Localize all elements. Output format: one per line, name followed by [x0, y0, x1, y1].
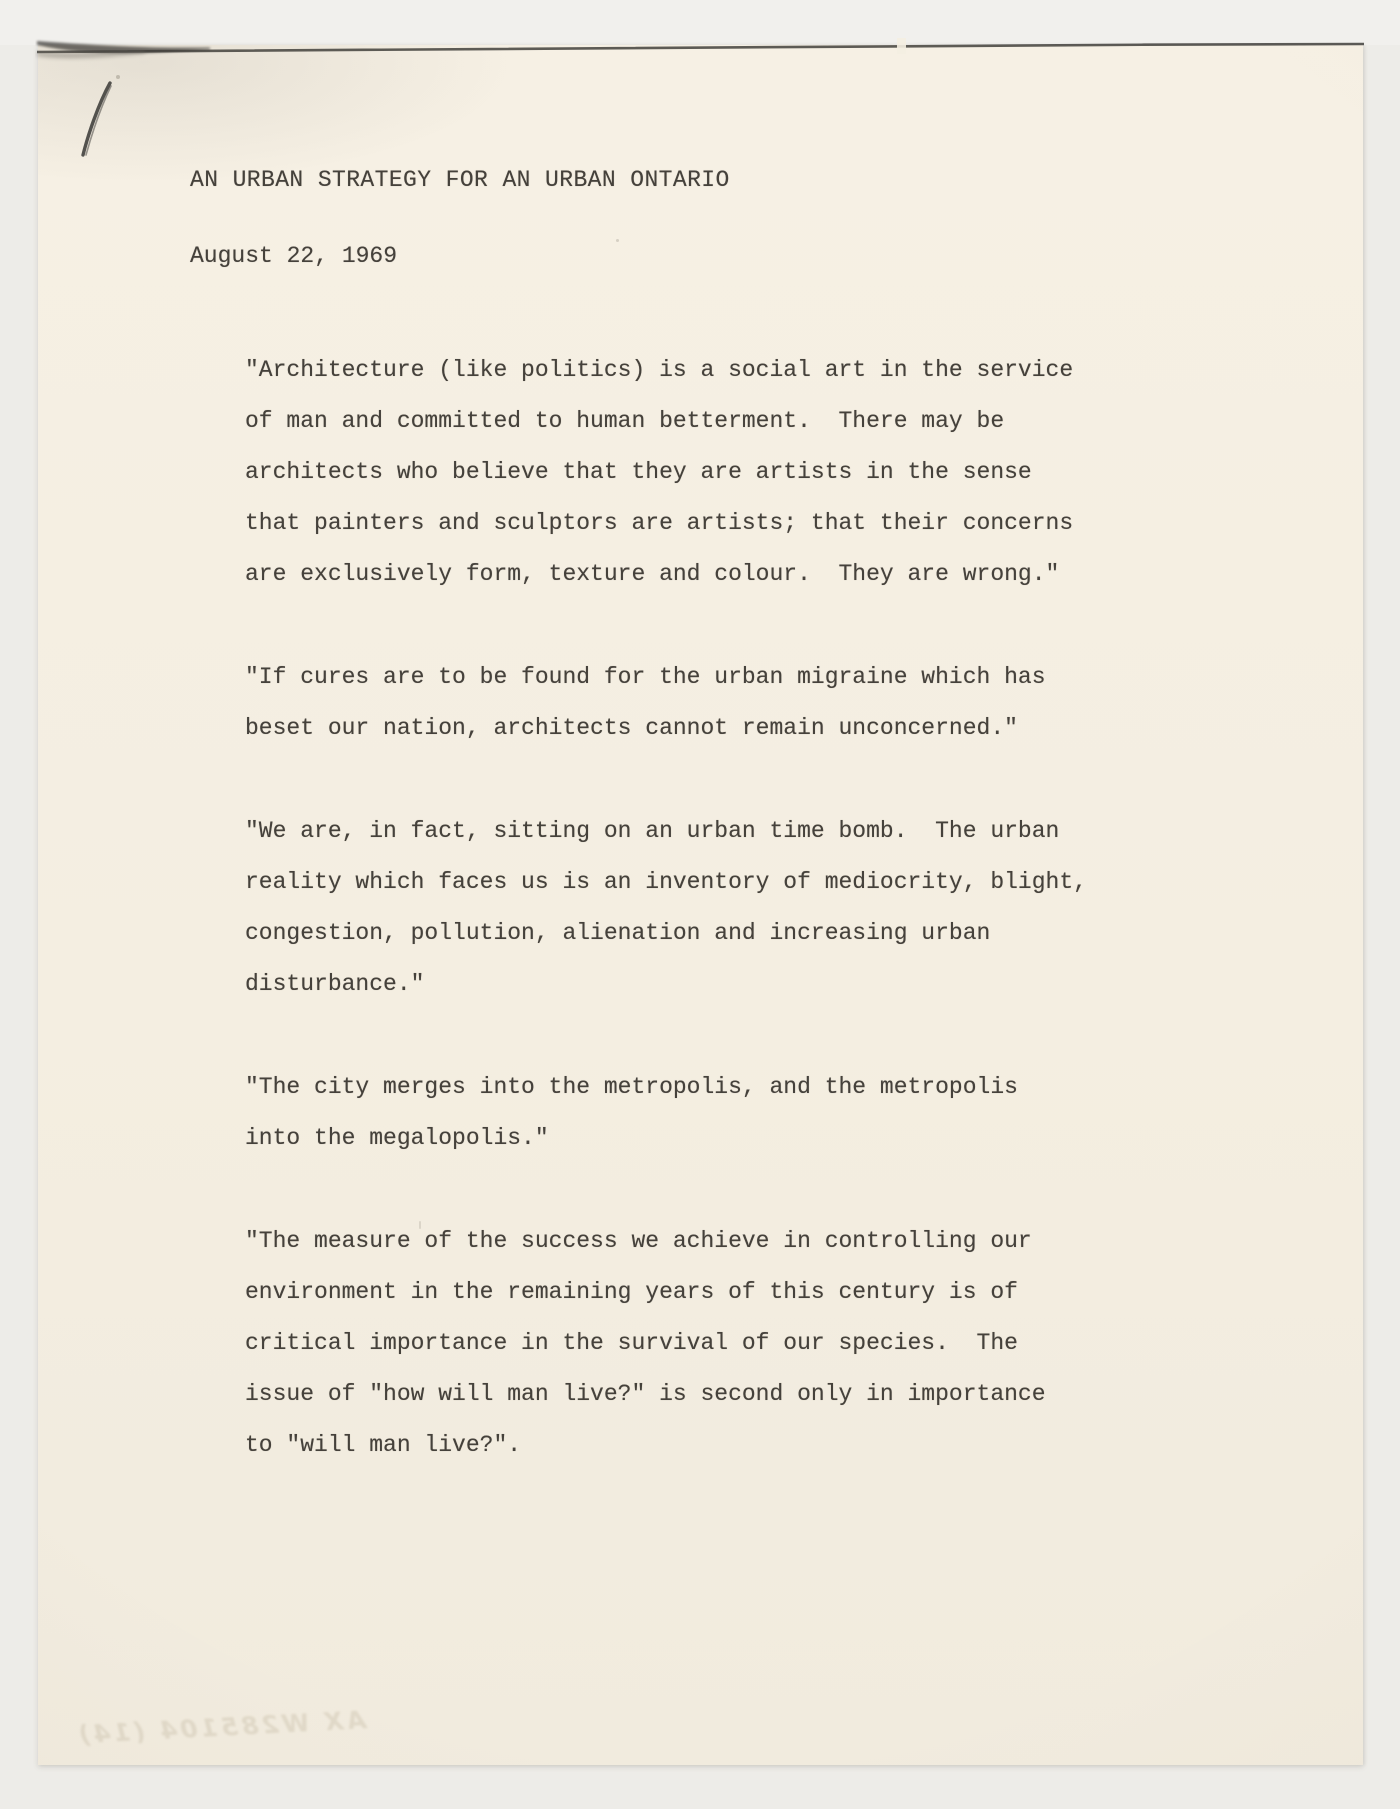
- document-page: AN URBAN STRATEGY FOR AN URBAN ONTARIO A…: [38, 45, 1363, 1765]
- paragraph: "The city merges into the metropolis, an…: [245, 1062, 1145, 1164]
- typed-line: that painters and sculptors are artists;…: [245, 498, 1145, 549]
- typed-line: issue of "how will man live?" is second …: [245, 1369, 1145, 1420]
- handwritten-page-mark: [73, 77, 133, 161]
- document-body: "Architecture (like politics) is a socia…: [245, 345, 1145, 1523]
- typed-line: beset our nation, architects cannot rema…: [245, 703, 1145, 754]
- document-title: AN URBAN STRATEGY FOR AN URBAN ONTARIO: [190, 167, 730, 193]
- typed-line: disturbance.": [245, 959, 1145, 1010]
- paper-speck: [616, 239, 619, 242]
- paragraph: "If cures are to be found for the urban …: [245, 652, 1145, 754]
- typed-line: "If cures are to be found for the urban …: [245, 652, 1145, 703]
- typed-line: "The measure of the success we achieve i…: [245, 1216, 1145, 1267]
- scan-background: AN URBAN STRATEGY FOR AN URBAN ONTARIO A…: [0, 0, 1400, 1809]
- show-through-annotation: AX W285104 (14): [65, 1705, 366, 1750]
- typed-line: "The city merges into the metropolis, an…: [245, 1062, 1145, 1113]
- typed-line: "Architecture (like politics) is a socia…: [245, 345, 1145, 396]
- typed-line: critical importance in the survival of o…: [245, 1318, 1145, 1369]
- typed-line: to "will man live?".: [245, 1420, 1145, 1471]
- typed-line: congestion, pollution, alienation and in…: [245, 908, 1145, 959]
- paragraph: "We are, in fact, sitting on an urban ti…: [245, 806, 1145, 1010]
- typed-line: of man and committed to human betterment…: [245, 396, 1145, 447]
- typed-line: "We are, in fact, sitting on an urban ti…: [245, 806, 1145, 857]
- typed-line: are exclusively form, texture and colour…: [245, 549, 1145, 600]
- typed-line: into the megalopolis.": [245, 1113, 1145, 1164]
- typed-line: reality which faces us is an inventory o…: [245, 857, 1145, 908]
- paper-speck: [419, 1221, 421, 1229]
- typed-line: environment in the remaining years of th…: [245, 1267, 1145, 1318]
- paragraph: "The measure of the success we achieve i…: [245, 1216, 1145, 1471]
- scan-top-margin: [0, 0, 1400, 45]
- typed-line: architects who believe that they are art…: [245, 447, 1145, 498]
- paper-speck: [116, 75, 120, 79]
- document-date: August 22, 1969: [190, 243, 397, 269]
- paragraph: "Architecture (like politics) is a socia…: [245, 345, 1145, 600]
